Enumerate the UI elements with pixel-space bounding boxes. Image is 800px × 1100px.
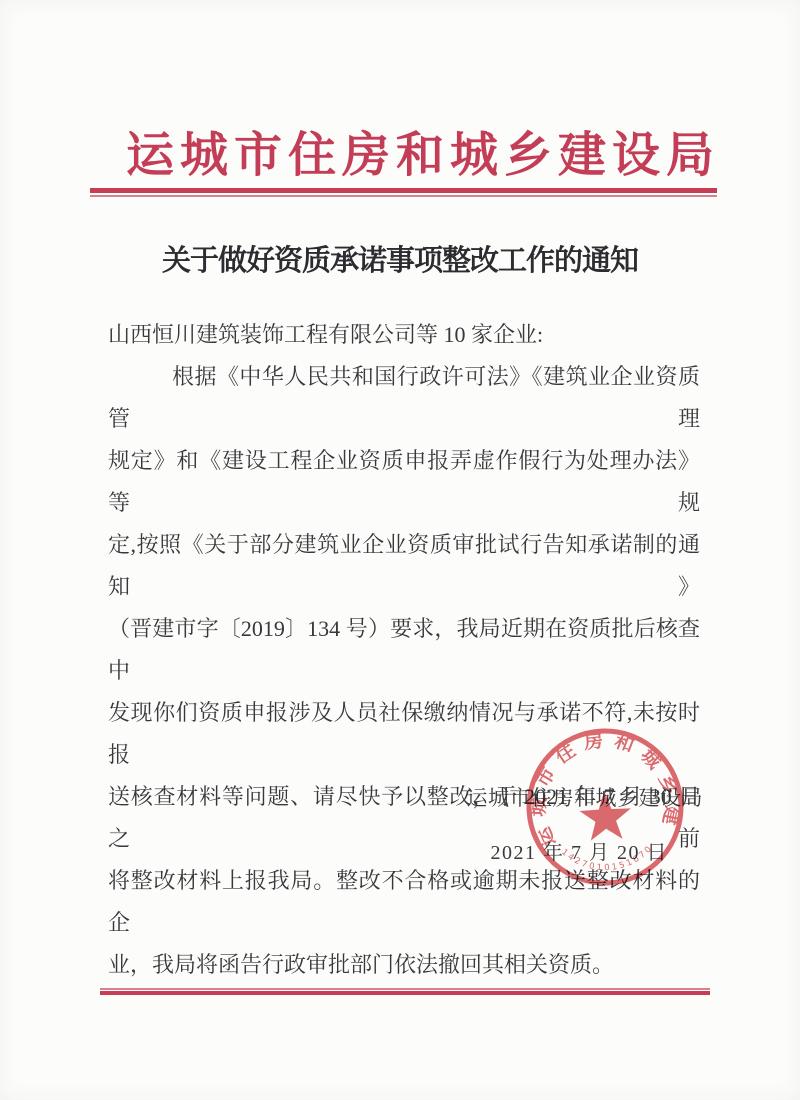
body-line: 根据《中华人民共和国行政许可法》《建筑业企业资质管理 bbox=[108, 356, 700, 440]
body-line: （晋建市字〔2019〕134 号）要求，我局近期在资质批后核查中 bbox=[108, 608, 700, 692]
body-line: 定,按照《关于部分建筑业企业资质审批试行告知承诺制的通知》 bbox=[108, 524, 700, 608]
body-line: 业，我局将函告行政审批部门依法撤回其相关资质。 bbox=[108, 944, 700, 986]
document-title: 关于做好资质承诺事项整改工作的通知 bbox=[0, 238, 800, 279]
scanned-document-page: 运城市住房和城乡建设局 关于做好资质承诺事项整改工作的通知 山西恒川建筑装饰工程… bbox=[0, 0, 800, 1100]
bottom-rule bbox=[100, 988, 710, 995]
bottom-rule-thick-line bbox=[100, 991, 710, 995]
seal-star-icon bbox=[578, 790, 632, 841]
salutation-line: 山西恒川建筑装饰工程有限公司等 10 家企业: bbox=[108, 314, 700, 356]
header-rule bbox=[90, 188, 717, 197]
header-rule-thin-line bbox=[90, 195, 717, 197]
official-seal: 运城市住房和城乡建设局 1427010151670 bbox=[516, 718, 695, 897]
agency-header-title: 运城市住房和城乡建设局 bbox=[0, 126, 800, 186]
body-line: 规定》和《建设工程企业资质申报弄虚作假行为处理办法》等规 bbox=[108, 440, 700, 524]
